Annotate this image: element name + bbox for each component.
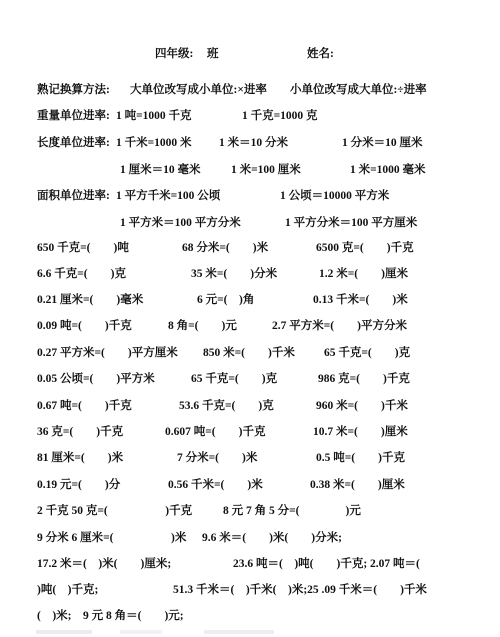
- area-label: 面积单位进率:: [37, 186, 110, 206]
- area-rate: 1 公顷＝10000 平方米: [280, 186, 389, 206]
- exercise-item: 9.6 米＝( )米( )分米;: [202, 528, 342, 548]
- worksheet-header: 四年级: 班 姓名:: [0, 44, 500, 64]
- exercise-item: 2 千克 50 克=( )千克: [37, 501, 192, 521]
- exercise-item: 65 千克=( )克: [191, 369, 277, 389]
- exercise-item: 51.3 千米＝( )千米( )米;25 .09 千米＝( )千米: [173, 580, 427, 600]
- length-rates-row-2: 1 厘米＝10 毫米 1 米=100 厘米 1 米=1000 毫米: [0, 160, 500, 180]
- exercise-row: 6.6 千克=( )克 35 米=( )分米 1.2 米=( )厘米: [0, 264, 500, 284]
- grade-label: 四年级:: [155, 44, 193, 64]
- length-rate: 1 米=100 厘米: [231, 160, 301, 180]
- exercise-item: 68 分米=( )米: [182, 238, 268, 258]
- exercise-item: 0.607 吨=( )千克: [165, 422, 265, 442]
- exercise-row: 0.67 吨=( )千克 53.6 千克=( )克 960 米=( )千米: [0, 396, 500, 416]
- exercise-item: 0.13 千米=( )米: [313, 290, 408, 310]
- exercise-item: 23.6 吨＝( )吨( )千克; 2.07 吨＝(: [233, 554, 420, 574]
- weight-rate: 1 吨=1000 千克: [116, 106, 192, 126]
- conversion-method: 熟记换算方法: 大单位改写成小单位:×进率 小单位改写成大单位:÷进率: [0, 80, 500, 100]
- mixed-row: ( )米; 9 元 8 角＝( )元;: [0, 606, 500, 626]
- exercise-item: 6500 克=( )千克: [316, 238, 414, 258]
- length-label: 长度单位进率:: [37, 133, 110, 153]
- exercise-item: 10.7 米=( )厘米: [313, 422, 408, 442]
- exercise-item: 0.09 吨=( )千克: [37, 316, 132, 336]
- exercise-item: 8 角=( )元: [168, 316, 237, 336]
- class-label: 班: [207, 44, 219, 64]
- exercise-item: 0.05 公顷=( )平方米: [37, 369, 155, 389]
- weight-rate: 1 千克=1000 克: [242, 106, 318, 126]
- exercise-item: 0.38 米=( )厘米: [310, 475, 405, 495]
- exercise-row: 81 厘米=( )米 7 分米=( )米 0.5 吨=( )千克: [0, 448, 500, 468]
- exercise-item: 17.2 米＝( )米( )厘米;: [37, 554, 171, 574]
- exercise-item: 6 元=( )角: [197, 290, 254, 310]
- exercise-row: 36 克=( )千克 0.607 吨=( )千克 10.7 米=( )厘米: [0, 422, 500, 442]
- exercise-item: )吨( )千克;: [37, 580, 98, 600]
- area-rates-row-1: 面积单位进率: 1 平方千米=100 公顷 1 公顷＝10000 平方米: [0, 186, 500, 206]
- exercise-item: 6.6 千克=( )克: [37, 264, 126, 284]
- length-rate: 1 米＝10 分米: [219, 133, 288, 153]
- name-label: 姓名:: [307, 44, 334, 64]
- exercise-row: 0.21 厘米=( )毫米 6 元=( )角 0.13 千米=( )米: [0, 290, 500, 310]
- exercise-item: ( )米; 9 元 8 角＝( )元;: [37, 606, 184, 626]
- exercise-item: 0.19 元=( )分: [37, 475, 120, 495]
- exercise-item: 0.21 厘米=( )毫米: [37, 290, 143, 310]
- area-rate: 1 平方分米＝100 平方厘米: [285, 213, 417, 233]
- exercise-item: 1.2 米=( )厘米: [319, 264, 408, 284]
- mixed-row: )吨( )千克; 51.3 千米＝( )千米( )米;25 .09 千米＝( )…: [0, 580, 500, 600]
- exercise-item: 35 米=( )分米: [191, 264, 277, 284]
- exercise-item: 53.6 千克=( )克: [179, 396, 274, 416]
- area-rate: 1 平方千米=100 公顷: [116, 186, 220, 206]
- area-rate: 1 平方米＝100 平方分米: [120, 213, 241, 233]
- mixed-row: 9 分米 6 厘米=( )米 9.6 米＝( )米( )分米;: [0, 528, 500, 548]
- exercise-row: 0.09 吨=( )千克 8 角=( )元 2.7 平方米=( )平方分米: [0, 316, 500, 336]
- exercise-item: 0.27 平方米=( )平方厘米: [37, 343, 178, 363]
- length-rate: 1 千米=1000 米: [116, 133, 192, 153]
- exercise-row: 0.05 公顷=( )平方米 65 千克=( )克 986 克=( )千克: [0, 369, 500, 389]
- exercise-item: 960 米=( )千米: [316, 396, 408, 416]
- exercise-item: 36 克=( )千克: [37, 422, 123, 442]
- exercise-item: 0.5 吨=( )千克: [316, 448, 405, 468]
- length-rate: 1 分米＝10 厘米: [342, 133, 423, 153]
- rule-big-to-small: 大单位改写成小单位:×进率: [130, 80, 267, 100]
- exercise-item: 65 千克=( )克: [324, 343, 410, 363]
- mixed-row: 2 千克 50 克=( )千克 8 元 7 角 5 分=( )元: [0, 501, 500, 521]
- exercise-item: 81 厘米=( )米: [37, 448, 123, 468]
- cut-off-line: [36, 630, 316, 634]
- method-label: 熟记换算方法:: [37, 80, 110, 100]
- weight-rates: 重量单位进率: 1 吨=1000 千克 1 千克=1000 克: [0, 106, 500, 126]
- exercise-item: 9 分米 6 厘米=( )米: [37, 528, 186, 548]
- mixed-row: 17.2 米＝( )米( )厘米; 23.6 吨＝( )吨( )千克; 2.07…: [0, 554, 500, 574]
- exercise-row: 0.19 元=( )分 0.56 千米=( )米 0.38 米=( )厘米: [0, 475, 500, 495]
- length-rates-row-1: 长度单位进率: 1 千米=1000 米 1 米＝10 分米 1 分米＝10 厘米: [0, 133, 500, 153]
- exercise-row: 650 千克=( )吨 68 分米=( )米 6500 克=( )千克: [0, 238, 500, 258]
- length-rate: 1 厘米＝10 毫米: [120, 160, 201, 180]
- length-rate: 1 米=1000 毫米: [350, 160, 426, 180]
- area-rates-row-2: 1 平方米＝100 平方分米 1 平方分米＝100 平方厘米: [0, 213, 500, 233]
- exercise-item: 650 千克=( )吨: [37, 238, 129, 258]
- exercise-item: 850 米=( )千米: [203, 343, 295, 363]
- exercise-item: 8 元 7 角 5 分=( )元: [223, 501, 361, 521]
- exercise-item: 2.7 平方米=( )平方分米: [272, 316, 407, 336]
- exercise-item: 7 分米=( )米: [177, 448, 257, 468]
- exercise-item: 986 克=( )千克: [318, 369, 410, 389]
- exercise-item: 0.56 千米=( )米: [168, 475, 263, 495]
- exercise-item: 0.67 吨=( )千克: [37, 396, 132, 416]
- rule-small-to-big: 小单位改写成大单位:÷进率: [290, 80, 427, 100]
- weight-label: 重量单位进率:: [37, 106, 110, 126]
- exercise-row: 0.27 平方米=( )平方厘米 850 米=( )千米 65 千克=( )克: [0, 343, 500, 363]
